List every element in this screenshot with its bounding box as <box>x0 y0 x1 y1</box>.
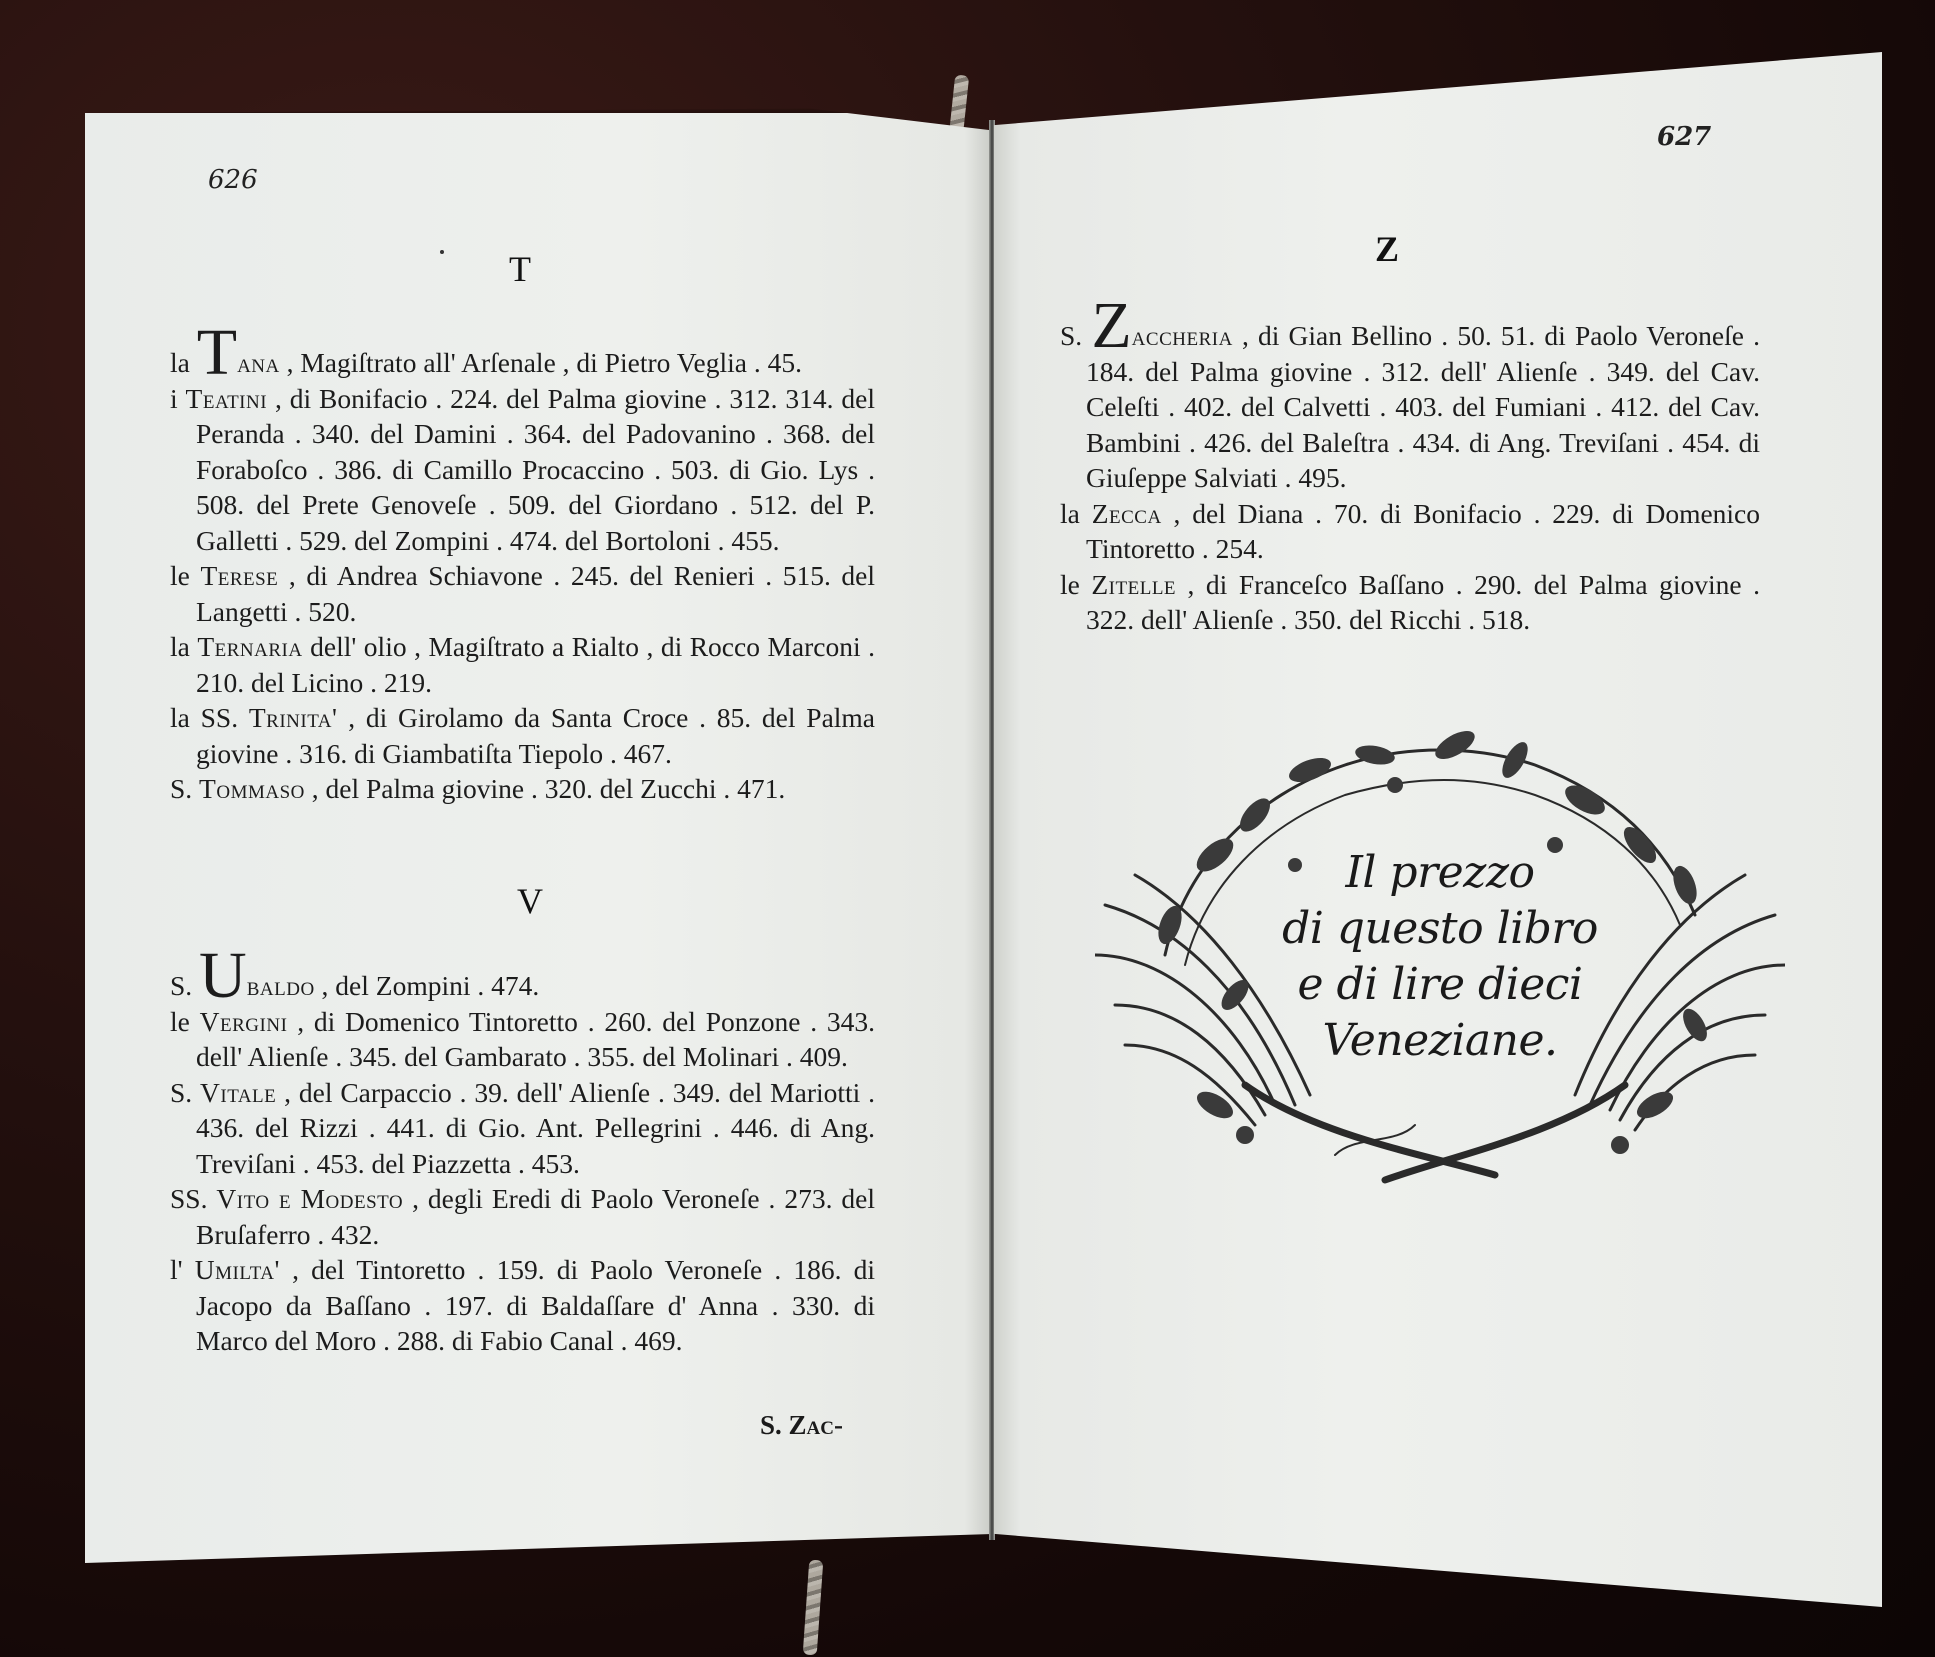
inscription-line: Il prezzo <box>1260 845 1620 901</box>
index-entries-t: la Tana , Magiſtrato all' Arſenale , di … <box>170 345 875 807</box>
entry-prefix: S. <box>170 970 192 1001</box>
entry-heading: Ternaria <box>197 631 302 662</box>
page-number-right: 627 <box>1657 122 1711 152</box>
entry-prefix: S. <box>1060 320 1082 351</box>
entry-heading: Terese <box>200 560 278 591</box>
entry-prefix: l' <box>170 1254 183 1285</box>
entry-heading: accheria <box>1132 320 1233 351</box>
index-entry: la Zecca , del Diana . 70. di Bonifacio … <box>1060 496 1760 567</box>
index-entry: le Zitelle , di Franceſco Baſſano . 290.… <box>1060 567 1760 638</box>
entry-heading: ana <box>237 347 280 378</box>
entry-prefix: S. <box>170 1077 192 1108</box>
entry-heading: Tommaso <box>199 773 305 804</box>
index-entry: SS. Vito e Modesto , degli Eredi di Paol… <box>170 1181 875 1252</box>
page-number-left: 626 <box>208 165 258 195</box>
entry-text: , del Diana . 70. di Bonifacio . 229. di… <box>1086 498 1760 565</box>
entry-text: , di Franceſco Baſſano . 290. del Palma … <box>1086 569 1760 636</box>
entry-prefix: la <box>170 631 190 662</box>
drop-cap: U <box>199 939 247 1012</box>
section-letter-t: T <box>490 248 550 290</box>
bookmark-ribbon-bottom <box>803 1560 824 1656</box>
entry-heading: Umilta' <box>195 1254 280 1285</box>
ink-speck <box>440 250 444 254</box>
entry-prefix: la <box>1060 498 1080 529</box>
catchword-text: Zac- <box>789 1410 843 1440</box>
entry-text: , del Carpaccio . 39. dell' Alienſe . 34… <box>196 1077 875 1179</box>
catchword-prefix: S. <box>760 1410 782 1440</box>
index-entry: la Ternaria dell' olio , Magiſtrato a Ri… <box>170 629 875 700</box>
index-entry: le Terese , di Andrea Schiavone . 245. d… <box>170 558 875 629</box>
section-letter-v: V <box>500 880 560 922</box>
index-entry: la Tana , Magiſtrato all' Arſenale , di … <box>170 345 875 381</box>
entry-text: , del Zompini . 474. <box>322 970 540 1001</box>
inscription-line: di questo libro <box>1260 901 1620 957</box>
entry-heading: Zitelle <box>1091 569 1176 600</box>
index-entry: S. Ubaldo , del Zompini . 474. <box>170 968 875 1004</box>
index-entry: la SS. Trinita' , di Girolamo da Santa C… <box>170 700 875 771</box>
catchword: S. Zac- <box>760 1410 843 1441</box>
entry-prefix: la SS. <box>170 702 238 733</box>
inscription-line: Veneziane. <box>1260 1013 1620 1069</box>
section-letter-z: Z <box>1357 228 1417 270</box>
index-entries-z: S. Zaccheria , di Gian Bellino . 50. 51.… <box>1060 318 1760 638</box>
entry-prefix: i <box>170 383 178 414</box>
entry-heading: Zecca <box>1092 498 1162 529</box>
entry-prefix: le <box>170 1006 190 1037</box>
entry-prefix: SS. <box>170 1183 207 1214</box>
entry-text: , di Domenico Tintoretto . 260. del Ponz… <box>196 1006 875 1073</box>
index-entry: le Vergini , di Domenico Tintoretto . 26… <box>170 1004 875 1075</box>
entry-text: , di Bonifacio . 224. del Palma giovine … <box>196 383 875 556</box>
entry-heading: Vito e Modesto <box>216 1183 403 1214</box>
entry-prefix: le <box>1060 569 1080 600</box>
drop-cap: Z <box>1091 289 1131 362</box>
inscription-line: e di lire dieci <box>1260 957 1620 1013</box>
entry-text: , del Tintoretto . 159. di Paolo Veroneſ… <box>196 1254 875 1356</box>
entry-heading: Teatini <box>186 383 268 414</box>
entry-prefix: le <box>170 560 190 591</box>
drop-cap: T <box>197 316 237 389</box>
entry-heading: Trinita' <box>249 702 338 733</box>
index-entry: S. Vitale , del Carpaccio . 39. dell' Al… <box>170 1075 875 1182</box>
entry-heading: Vergini <box>200 1006 288 1037</box>
price-vignette: Il prezzo di questo libro e di lire diec… <box>1095 725 1785 1195</box>
index-entry: l' Umilta' , del Tintoretto . 159. di Pa… <box>170 1252 875 1359</box>
index-entry: S. Tommaso , del Palma giovine . 320. de… <box>170 771 875 807</box>
index-entry: i Teatini , di Bonifacio . 224. del Palm… <box>170 381 875 559</box>
price-inscription: Il prezzo di questo libro e di lire diec… <box>1260 845 1620 1069</box>
entry-prefix: la <box>170 347 190 378</box>
entry-heading: baldo <box>247 970 315 1001</box>
index-entries-v: S. Ubaldo , del Zompini . 474. le Vergin… <box>170 968 875 1359</box>
index-entry: S. Zaccheria , di Gian Bellino . 50. 51.… <box>1060 318 1760 496</box>
entry-text: , del Palma giovine . 320. del Zucchi . … <box>312 773 786 804</box>
entry-text: , Magiſtrato all' Arſenale , di Pietro V… <box>287 347 802 378</box>
entry-heading: Vitale <box>200 1077 276 1108</box>
entry-prefix: S. <box>170 773 192 804</box>
entry-text: , di Andrea Schiavone . 245. del Renieri… <box>196 560 875 627</box>
